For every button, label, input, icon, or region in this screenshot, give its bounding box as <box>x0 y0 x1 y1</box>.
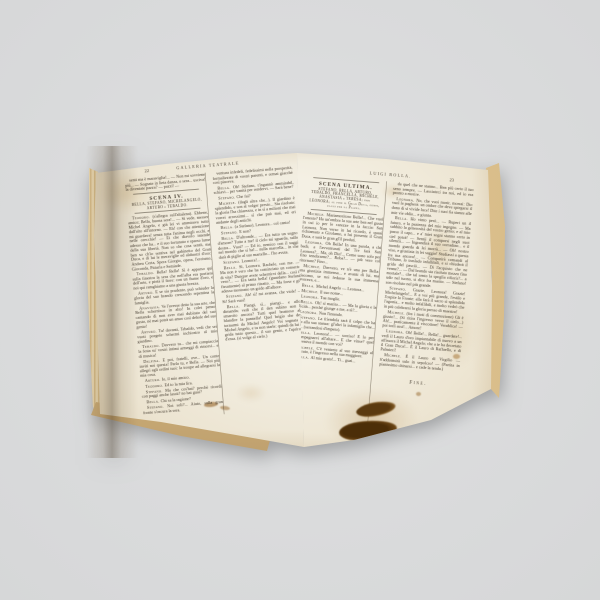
dialogue-text: Ho vinto però... — Ruperi un il futuro, … <box>386 217 472 288</box>
dialogue-text: Mariamoritoro Bella!... Che vuol l'onest… <box>301 212 383 242</box>
dialogue-paragraphs: da quel che ne stanno... Ben più certo i… <box>379 182 474 373</box>
dialogue-paragraphs: Teodoro(s'allegra sull'altalena). Ebbene… <box>128 210 224 415</box>
dialogue-paragraphs: ventura infedeli, fedelissimi nella pros… <box>212 166 306 343</box>
dialogue-text: (s'allegra sull'altalena). Ebbene, amico… <box>128 210 212 272</box>
paragraph: Teodoro(s'allegra sull'altalena). Ebbene… <box>128 210 213 272</box>
dialogue-text: (fra i moti di commozione) Gli è giusto!… <box>382 311 464 331</box>
dialogue-paragraphs: MicheleMariamoritoro Bella!... Che vuol … <box>292 211 384 365</box>
right-page-columns: SCENA ULTIMA. STEFANO, BELLA, ARTURO, TE… <box>287 175 474 430</box>
scene-heading-block: SCENA ULTIMA. STEFANO, BELLA, ARTURO, TE… <box>306 177 384 215</box>
left-page-columns: senti ma è maraviglia!... — Non mi sovvi… <box>125 166 312 421</box>
right-running-head: LUIGI ROLLA. <box>369 171 411 179</box>
finis-label: Fine. <box>378 376 459 388</box>
left-page-number: 22 <box>144 168 149 174</box>
text-column: ventura infedeli, fedelissimi nella pros… <box>205 166 311 415</box>
paragraph: BellaPiangi, sì... piangi... e allori di… <box>223 299 306 342</box>
photo-background: 22 GALLERIA TEATRALE senti ma è maravigl… <box>0 0 600 600</box>
left-page-text: 22 GALLERIA TEATRALE senti ma è maravigl… <box>124 157 312 433</box>
right-page-number: 23 <box>449 177 454 183</box>
dialogue-text: Davvero, ve n'è una per Bella: una giust… <box>298 265 380 283</box>
dialogue-text: No, che vuoi morir, morrai: Dio vuol la … <box>391 198 473 218</box>
paragraph: BellaHo vinto però... — Ruperi un il fut… <box>386 216 472 291</box>
left-running-head: GALLERIA TEATRALE <box>176 161 240 171</box>
text-column: da quel che ne stanno... Ben più certo i… <box>367 181 473 430</box>
dialogue-text: Oh Bella! In una parola, a chi badi; a l… <box>299 241 381 265</box>
right-page-text: LUIGI ROLLA. 23 SCENA ULTIMA. STEFANO, B… <box>286 166 474 442</box>
open-book: 22 GALLERIA TEATRALE senti ma è maravigl… <box>86 146 510 458</box>
gutter-shadow <box>86 146 138 458</box>
dialogue-text: Oh! Bella!... Bella!... guardate!... ved… <box>380 330 462 353</box>
dialogue-text: È il Lauro di Virgilio — S'addormirà sul… <box>379 355 460 372</box>
